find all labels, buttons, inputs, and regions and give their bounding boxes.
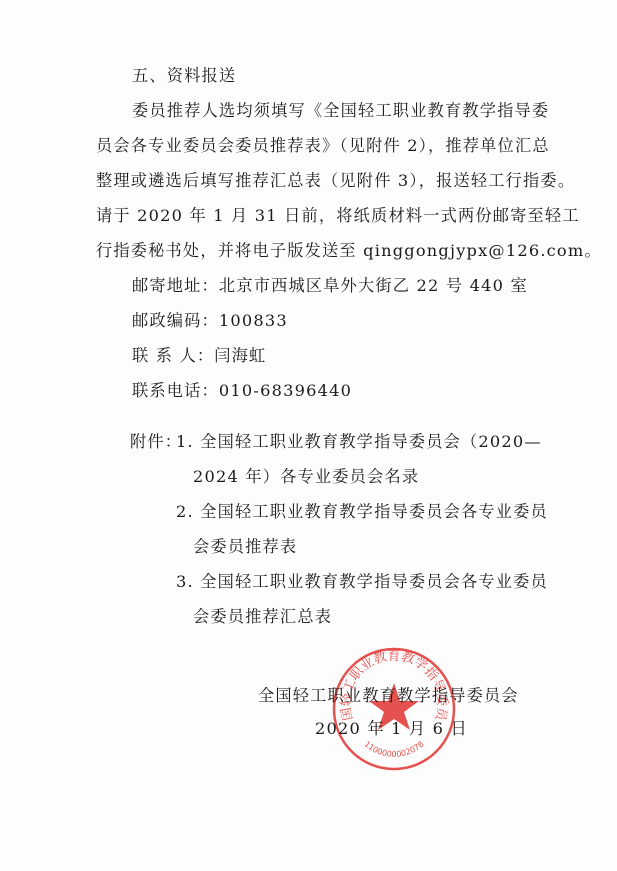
paragraph-line-5: 行指委秘书处，并将电子版发送至 qinggongjypx@126.com。 (96, 241, 602, 261)
svg-text:1100000002078: 1100000002078 (362, 739, 425, 758)
paragraph-line-2: 员会各专业委员会委员推荐表》（见附件 2），推荐单位汇总 (96, 136, 550, 156)
signature-date: 2020 年 1 月 6 日 (315, 719, 468, 739)
contact-phone: 联系电话：010-68396440 (132, 381, 352, 401)
attachment-3-line-1: 3. 全国轻工职业教育教学指导委员会各专业委员 (176, 572, 548, 592)
postal-code: 邮政编码：100833 (132, 311, 288, 331)
attachment-1-line-1: 1. 全国轻工职业教育教学指导委员会（2020— (176, 432, 542, 452)
official-seal-icon: 全国轻工职业教育教学指导委员会 1100000002078 (330, 645, 458, 773)
paragraph-line-3: 整理或遴选后填写推荐汇总表（见附件 3），报送轻工行指委。 (96, 171, 575, 191)
attachment-2-line-2: 会委员推荐表 (193, 537, 297, 557)
signature-organization: 全国轻工职业教育教学指导委员会 (258, 686, 519, 706)
contact-person: 联 系 人：闫海虹 (132, 346, 266, 366)
attachments-label: 附件： (130, 432, 182, 452)
attachment-1-line-2: 2024 年）各专业委员会名录 (193, 467, 419, 487)
attachment-3-line-2: 会委员推荐汇总表 (193, 607, 332, 627)
paragraph-line-4: 请于 2020 年 1 月 31 日前，将纸质材料一式两份邮寄至轻工 (96, 206, 580, 226)
section-heading: 五、资料报送 (132, 66, 236, 86)
mailing-address: 邮寄地址：北京市西城区阜外大街乙 22 号 440 室 (132, 276, 528, 296)
attachment-2-line-1: 2. 全国轻工职业教育教学指导委员会各专业委员 (176, 502, 548, 522)
paragraph-line-1: 委员推荐人选均须填写《全国轻工职业教育教学指导委 (132, 101, 549, 121)
